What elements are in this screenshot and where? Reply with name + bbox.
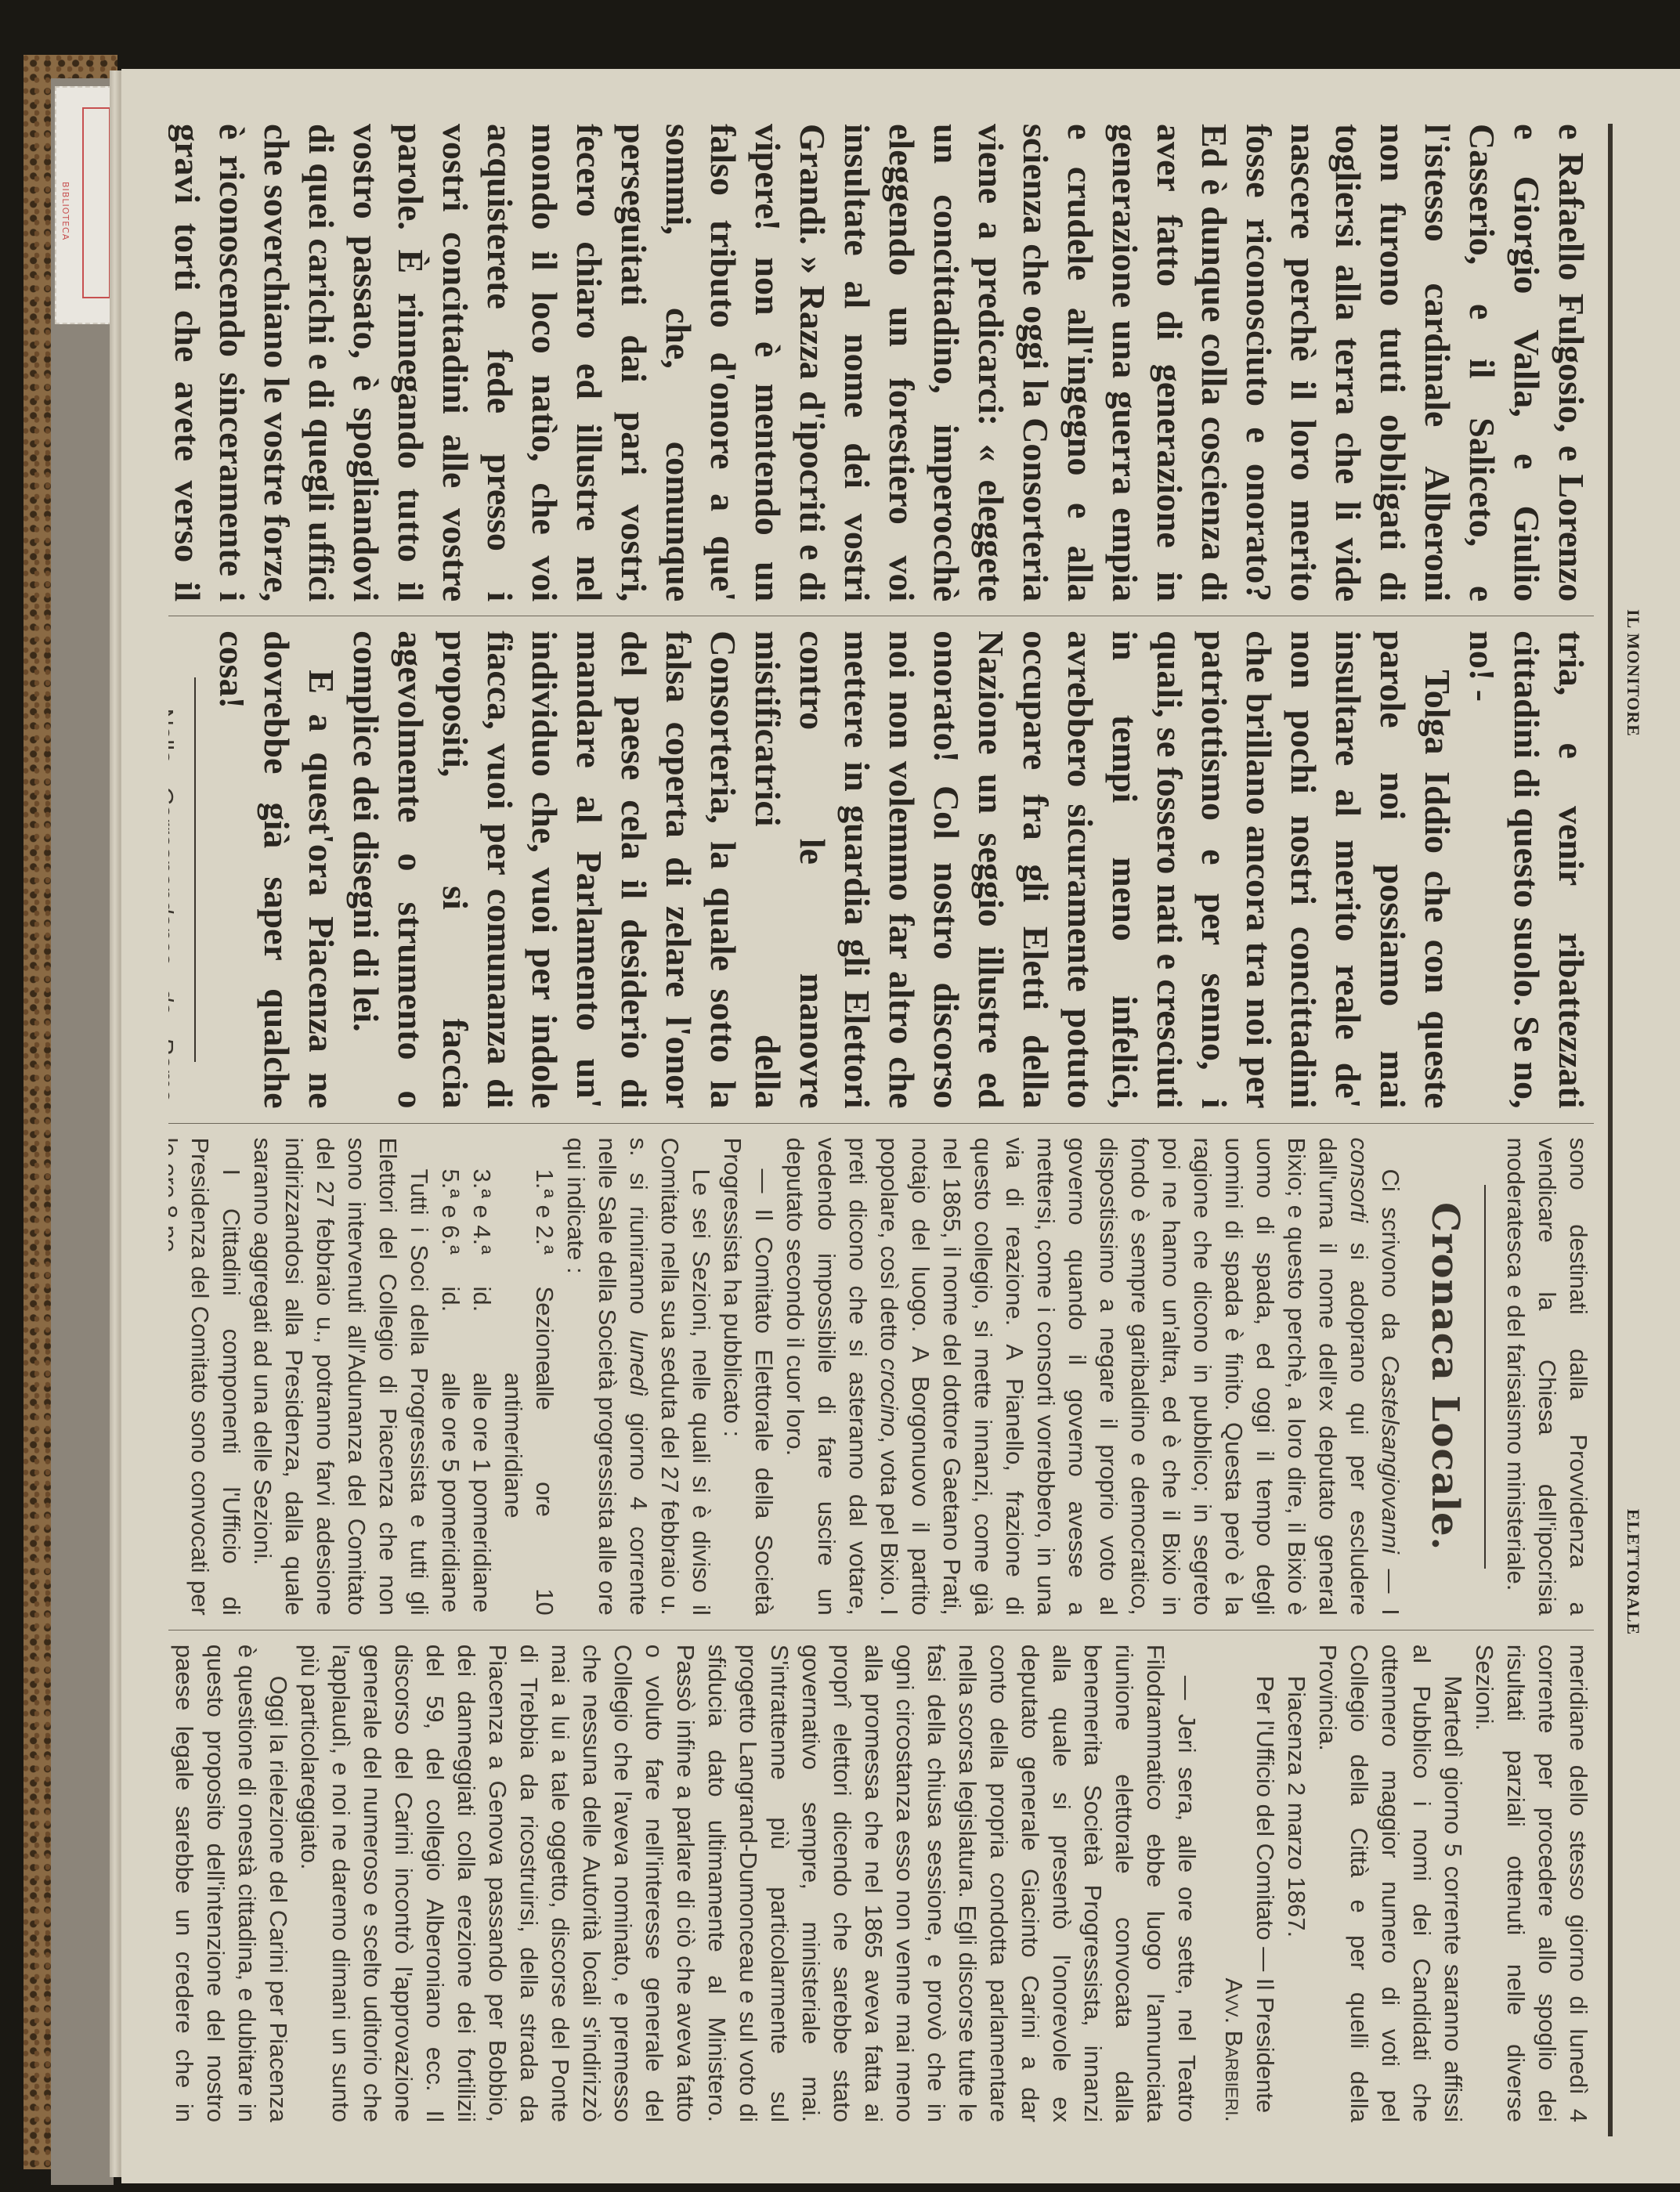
header-title-left: IL MONITORE [1623, 609, 1643, 737]
column-4: meridiane dello stesso giorno di lunedì … [168, 1630, 1594, 2136]
columns: e Rafaello Fulgosio, e Lorenzo e Giorgio… [168, 124, 1594, 2136]
newspaper-page: IL MONITORE ELETTORALE e Rafaello Fulgos… [121, 69, 1680, 2183]
continued-paragraph: meridiane dello stesso giorno di lunedì … [1469, 1645, 1594, 2122]
signatory: Avv. Barbieri. [1218, 1645, 1249, 2122]
news-item-correspondance: — Nella Correspondance de Rome, giornale… [168, 630, 180, 1108]
article-paragraph: E a quest'ora Piacenza ne dovrebbe già s… [210, 630, 344, 1108]
column-3: sono destinati dalla Provvidenza a vendi… [168, 1123, 1594, 1630]
castelsangiovanni-item: Ci scrivono da Castelsangiovanni — I con… [779, 1138, 1406, 1616]
schedule-table: 1.ª e 2.ªSezionealle ore 10 antimeridian… [435, 1138, 560, 1616]
comitato-body: Le sei Sezioni, nelle quali si è diviso … [560, 1138, 717, 1616]
header-rule [1608, 124, 1613, 2136]
soci-paragraph: Tutti i Soci della Progressista e tutti … [247, 1138, 435, 1616]
column-1: e Rafaello Fulgosio, e Lorenzo e Giorgio… [168, 124, 1594, 616]
continued-paragraph: sono destinati dalla Provvidenza a vendi… [1500, 1138, 1594, 1616]
article-paragraph: e Rafaello Fulgosio, e Lorenzo e Giorgio… [168, 124, 1594, 601]
stamp-frame [82, 107, 110, 298]
section-separator [1484, 1185, 1486, 1569]
article-paragraph: Tolga Iddio che con queste parole noi po… [344, 630, 1460, 1108]
binding-cloth [51, 78, 114, 2185]
dateline: Piacenza 2 marzo 1867. [1281, 1645, 1312, 2122]
section-separator [194, 677, 196, 1061]
oggi-paragraph: Oggi la rielezione del Carini per Piacen… [168, 1645, 294, 2122]
cittadini-paragraph: I Cittadini componenti l'Ufficio di Pres… [168, 1138, 247, 1616]
martedi-paragraph: Martedì giorno 5 corrente saranno affiss… [1312, 1645, 1469, 2122]
article-paragraph: tria, e venir ribattezzati cittadini di … [1460, 630, 1594, 1108]
office-line: Per l'Ufficio del Comitato — Il Presiden… [1249, 1645, 1281, 2122]
jeri-paragraph: — Jeri sera, alle ore sette, nel Teatro … [294, 1645, 1202, 2122]
schedule-row: 3.ª e 4.ªid.alle ore 1 pomeridiane [466, 1169, 497, 1616]
stamp-label: BIBLIOTECA [60, 182, 70, 229]
schedule-row: 5.ª e 6.ªid.alle ore 5 pomeridiane [435, 1169, 466, 1616]
library-stamp: BIBLIOTECA [55, 86, 113, 324]
header-title-right: ELETTORALE [1623, 1509, 1643, 1635]
section-title: Cronaca Locale. [1429, 1138, 1461, 1616]
schedule-row: 1.ª e 2.ªSezionealle ore 10 antimeridian… [497, 1169, 560, 1616]
column-2: tria, e venir ribattezzati cittadini di … [168, 616, 1594, 1122]
running-header: IL MONITORE ELETTORALE [1617, 124, 1649, 2136]
comitato-intro: — Il Comitato Elettorale della Società P… [717, 1138, 779, 1616]
newspaper-name: Correspondance de Rome [168, 786, 179, 1102]
